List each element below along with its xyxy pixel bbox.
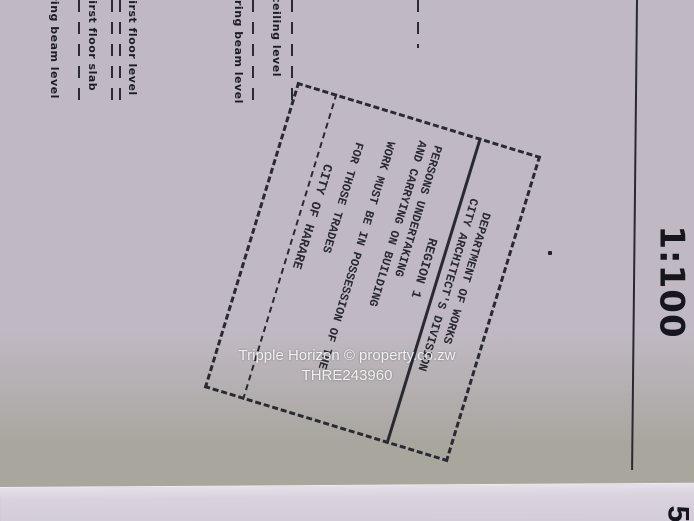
dashed-line — [111, 0, 113, 110]
lower-sheet — [0, 483, 694, 521]
ink-speck — [548, 251, 552, 255]
dashed-line — [119, 0, 121, 110]
dashed-line — [78, 0, 80, 110]
dashed-line — [291, 0, 293, 100]
watermark-line-1: Tripple Horizon © property.co.zw — [0, 347, 694, 364]
legend-label: ring beam level — [48, 0, 61, 99]
legend-label: ceiling level — [270, 0, 283, 77]
scale-label: 1:100 — [652, 225, 692, 338]
watermark-line-2: THRE243960 — [0, 367, 694, 384]
legend-label: ring beam level — [232, 0, 245, 104]
legend-label: first floor level — [126, 0, 139, 96]
sheet-number: 5 — [661, 506, 694, 521]
dashed-line — [417, 0, 419, 48]
legend-label: first floor slab — [86, 0, 99, 91]
dashed-line — [252, 0, 254, 110]
